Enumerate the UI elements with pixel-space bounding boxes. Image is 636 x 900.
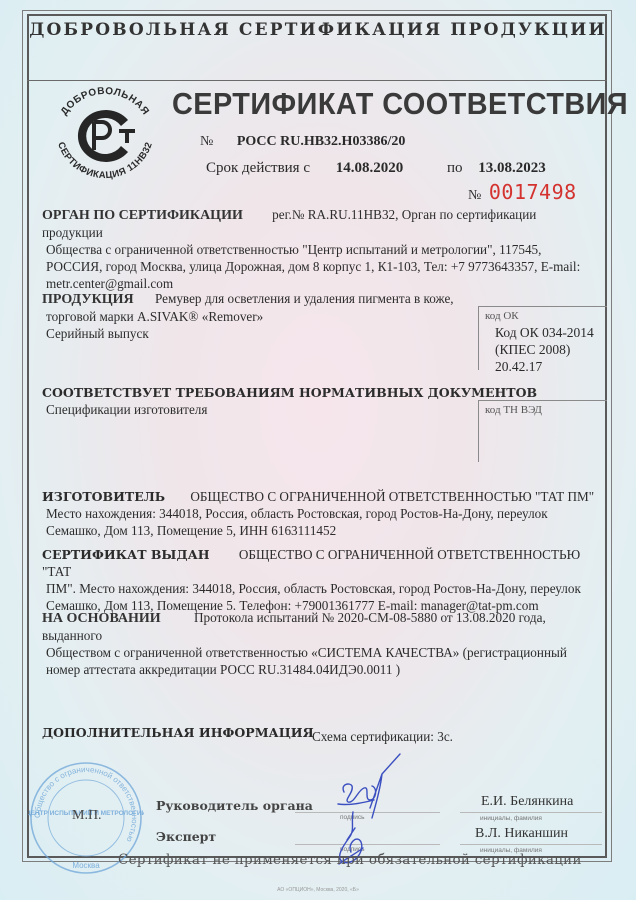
- ok-code-caption: код ОК: [485, 310, 607, 322]
- basis-text: Обществом с ограниченной ответственность…: [42, 644, 591, 678]
- validity-label: Срок действия с: [206, 160, 310, 176]
- svg-text:Москва: Москва: [72, 861, 100, 870]
- manufacturer-label: ИЗГОТОВИТЕЛЬ: [42, 489, 165, 504]
- valid-from: 14.08.2020: [336, 160, 404, 176]
- header-divider: [27, 80, 607, 81]
- stamp-place-label: М.П.: [72, 808, 102, 824]
- product-label: ПРОДУКЦИЯ: [42, 292, 134, 307]
- head-name: Е.И. Белянкина: [481, 794, 573, 810]
- blank-number: № 0017498: [468, 180, 577, 204]
- certification-body-section: ОРГАН ПО СЕРТИФИКАЦИИ рег.№ RA.RU.11НВ32…: [42, 206, 598, 292]
- expert-role-label: Эксперт: [156, 829, 216, 844]
- blank-number-value: 0017498: [489, 180, 577, 204]
- validity-period: Срок действия с 14.08.2020 по 13.08.2023: [206, 160, 546, 177]
- certificate-title: СЕРТИФИКАТ СООТВЕТСТВИЯ: [172, 86, 628, 122]
- ok-code-line: (КПЕС 2008): [495, 341, 607, 358]
- additional-info-label: ДОПОЛНИТЕЛЬНАЯ ИНФОРМАЦИЯ: [42, 725, 314, 740]
- registration-number: № РОСС RU.HB32.H03386/20: [200, 134, 405, 150]
- number-sign: №: [468, 188, 481, 203]
- head-name-caption: инициалы, фамилия: [480, 815, 542, 822]
- certification-body-label: ОРГАН ПО СЕРТИФИКАЦИИ: [42, 208, 243, 223]
- valid-to-label: по: [447, 160, 463, 176]
- registration-number-value: РОСС RU.HB32.H03386/20: [237, 134, 405, 149]
- product-section: ПРОДУКЦИЯ Ремувер для осветления и удале…: [42, 290, 472, 342]
- issued-to-section: СЕРТИФИКАТ ВЫДАН ОБЩЕСТВО С ОГРАНИЧЕННОЙ…: [42, 546, 598, 614]
- ok-code-line: 20.42.17: [495, 358, 607, 375]
- head-name-line: [460, 812, 602, 813]
- basis-section: НА ОСНОВАНИИ Протокола испытаний № 2020-…: [42, 609, 598, 678]
- ok-code-line: Код ОК 034-2014: [495, 324, 607, 341]
- notice-text: Сертификат не применяется при обязательн…: [118, 852, 582, 868]
- basis-label: НА ОСНОВАНИИ: [42, 611, 161, 626]
- manufacturer-section: ИЗГОТОВИТЕЛЬ ОБЩЕСТВО С ОГРАНИЧЕННОЙ ОТВ…: [42, 488, 598, 539]
- tn-ved-code-caption: код ТН ВЭД: [485, 404, 607, 416]
- certification-scheme: Схема сертификации: 3с.: [312, 728, 453, 745]
- ok-code-value: Код ОК 034-2014 (КПЕС 2008) 20.42.17: [495, 324, 607, 375]
- valid-to: 13.08.2023: [478, 160, 546, 176]
- head-role-label: Руководитель органа: [156, 798, 313, 813]
- expert-name: В.Л. Никаншин: [475, 826, 568, 842]
- voluntary-certification-title: ДОБРОВОЛЬНАЯ СЕРТИФИКАЦИЯ ПРОДУКЦИИ: [0, 20, 636, 40]
- manufacturer-address: Место нахождения: 344018, Россия, област…: [42, 505, 591, 539]
- rst-certification-logo-icon: ДОБРОВОЛЬНАЯ СЕРТИФИКАЦИЯ 11НВ32: [46, 84, 164, 188]
- conformity-label: СООТВЕТСТВУЕТ ТРЕБОВАНИЯМ НОРМАТИВНЫХ ДО…: [42, 385, 537, 400]
- printer-footer: АО «ОПЦИОН», Москва, 2020, «Б»: [0, 887, 636, 893]
- product-production-type: Серийный выпуск: [42, 326, 149, 341]
- tn-ved-code-box: код ТН ВЭД: [478, 400, 607, 462]
- number-sign: №: [200, 134, 213, 149]
- expert-name-line: [460, 844, 602, 845]
- issued-to-label: СЕРТИФИКАТ ВЫДАН: [42, 547, 210, 562]
- ok-code-box: код ОК Код ОК 034-2014 (КПЕС 2008) 20.42…: [478, 306, 607, 370]
- certification-body-text: Общества с ограниченной ответственностью…: [42, 241, 586, 292]
- product-brand: торговой марки A.SIVAK® «Remover»: [42, 309, 263, 324]
- manufacturer-name: ОБЩЕСТВО С ОГРАНИЧЕННОЙ ОТВЕТСТВЕННОСТЬЮ…: [190, 489, 594, 504]
- conformity-documents: Спецификации изготовителя: [42, 402, 207, 417]
- product-name: Ремувер для осветления и удаления пигмен…: [155, 291, 454, 306]
